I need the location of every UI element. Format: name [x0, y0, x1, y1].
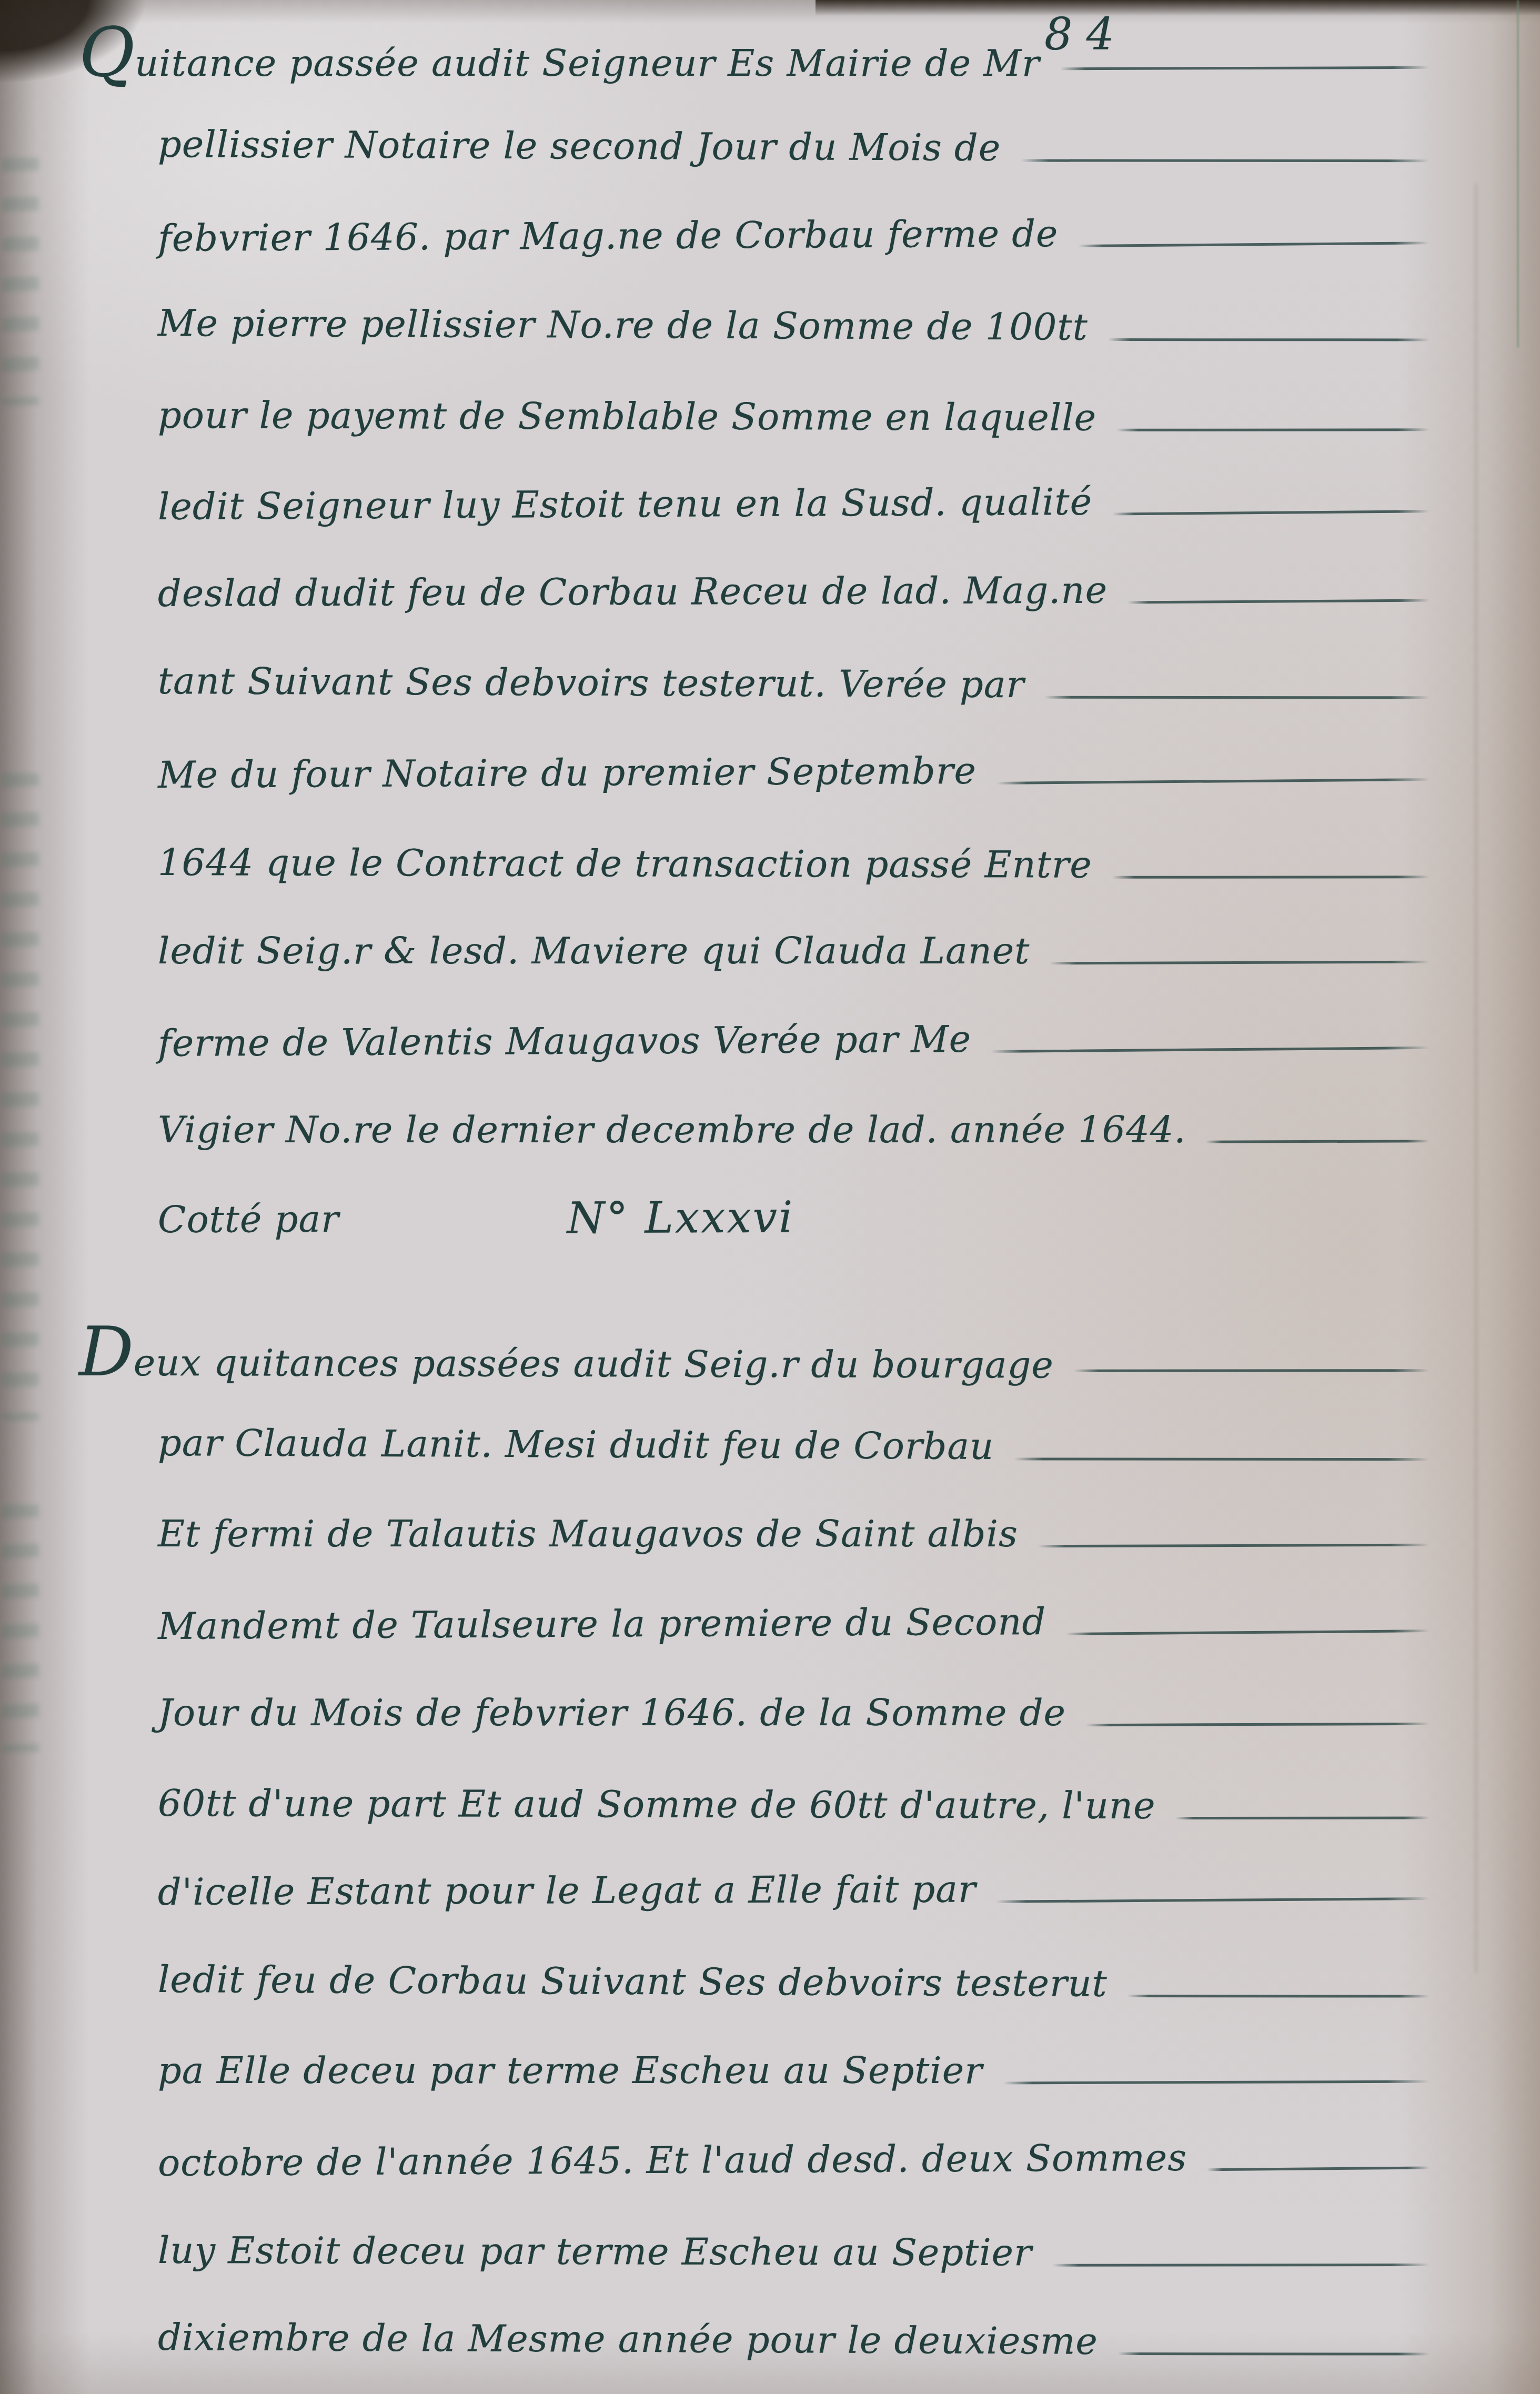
line-filler-dash	[1175, 1816, 1430, 1819]
page-edge-line	[1517, 0, 1519, 347]
line-text: 60tt d'une part Et aud Somme de 60tt d'a…	[158, 1782, 1156, 1827]
manuscript-line: febvrier 1646. par Mag.ne de Corbau ferm…	[79, 187, 1435, 283]
manuscript-line: Me du four Notaire du premier Septembre	[79, 723, 1435, 820]
line-filler-dash	[1112, 510, 1430, 515]
manuscript-line: pour le payemt de Semblable Somme en laq…	[79, 370, 1435, 464]
line-text: Quitance passée audit Seigneur Es Mairie…	[79, 28, 1040, 85]
ink-bleedthrough	[2, 773, 39, 1421]
manuscript-line: par Clauda Lanit. Mesi dudit feu de Corb…	[79, 1397, 1435, 1493]
line-filler-dash	[1050, 960, 1430, 964]
manuscript-line: pa Elle deceu par terme Escheu au Septie…	[79, 2026, 1435, 2115]
line-text: 1644 que le Contract de transaction pass…	[158, 841, 1092, 887]
manuscript-text-block: Quitance passée audit Seigneur Es Mairie…	[79, 12, 1435, 2383]
line-filler-dash	[1206, 1140, 1430, 1143]
line-text: Me du four Notaire du premier Septembre	[158, 749, 977, 797]
line-text: ferme de Valentis Maugavos Verée par Me	[158, 1018, 972, 1065]
manuscript-line: Me pierre pellissier No.re de la Somme d…	[79, 278, 1435, 373]
manuscript-line: dixiembre de la Mesme année pour le deux…	[79, 2292, 1435, 2387]
line-text: tant Suivant Ses debvoirs testerut. Veré…	[158, 659, 1024, 706]
line-text: pellissier Notaire le second Jour du Moi…	[158, 123, 1001, 169]
manuscript-line: ledit feu de Corbau Suivant Ses debvoirs…	[79, 1934, 1435, 2029]
manuscript-line: ledit Seigneur luy Estoit tenu en la Sus…	[79, 455, 1435, 551]
line-filler-dash	[1060, 66, 1430, 69]
line-text: par Clauda Lanit. Mesi dudit feu de Corb…	[158, 1421, 994, 1468]
line-filler-dash	[1079, 242, 1430, 247]
manuscript-line: tant Suivant Ses debvoirs testerut. Veré…	[79, 636, 1435, 731]
line-filler-dash	[1207, 2166, 1430, 2171]
entry-heading-row: Cotté par N° Lxxxvi	[79, 1171, 1435, 1265]
manuscript-line: 1644 que le Contract de transaction pass…	[79, 818, 1435, 911]
line-filler-dash	[1052, 2264, 1430, 2267]
manuscript-line: ferme de Valentis Maugavos Verée par Me	[79, 992, 1435, 1088]
ink-bleedthrough	[2, 1505, 39, 1752]
line-text: pa Elle deceu par terme Escheu au Septie…	[158, 2049, 983, 2092]
line-filler-dash	[1066, 1629, 1430, 1635]
line-filler-dash	[1038, 1543, 1430, 1547]
manuscript-line: Et fermi de Talautis Maugavos de Saint a…	[79, 1489, 1435, 1578]
manuscript-line: ledit Seig.r & lesd. Maviere qui Clauda …	[79, 906, 1435, 995]
line-text: ledit Seigneur luy Estoit tenu en la Sus…	[158, 480, 1092, 528]
line-filler-dash	[1044, 696, 1430, 699]
line-text: ledit Seig.r & lesd. Maviere qui Clauda …	[158, 929, 1030, 972]
manuscript-page: 84 Quitance passée audit Seigneur Es Mai…	[0, 0, 1540, 2394]
paper-crease	[1475, 184, 1477, 1973]
line-filler-dash	[1021, 159, 1430, 162]
line-filler-dash	[1128, 599, 1430, 603]
line-text: deslad dudit feu de Corbau Receu de lad.…	[158, 569, 1108, 615]
line-filler-dash	[1116, 428, 1430, 431]
line-filler-dash	[997, 778, 1430, 784]
entry-number-heading: N° Lxxxvi	[567, 1192, 794, 1243]
line-filler-dash	[1003, 2080, 1430, 2084]
manuscript-line: d'icelle Estant pour le Legat a Elle fai…	[79, 1843, 1435, 1937]
manuscript-line: 60tt d'une part Et aud Somme de 60tt d'a…	[79, 1758, 1435, 1852]
line-text: ledit feu de Corbau Suivant Ses debvoirs…	[158, 1958, 1108, 2005]
line-filler-dash	[1074, 1369, 1430, 1372]
manuscript-line: pellissier Notaire le second Jour du Moi…	[79, 99, 1435, 194]
line-text: pour le payemt de Semblable Somme en laq…	[158, 394, 1096, 439]
line-filler-dash	[1108, 338, 1430, 341]
line-text: Me pierre pellissier No.re de la Somme d…	[158, 301, 1088, 349]
line-filler-dash	[1128, 1995, 1430, 1998]
line-filler-dash	[1118, 2352, 1430, 2356]
line-text: Jour du Mois de febvrier 1646. de la Som…	[158, 1691, 1066, 1734]
line-filler-dash	[1014, 1457, 1430, 1461]
line-filler-dash	[991, 1046, 1430, 1052]
manuscript-line: deslad dudit feu de Corbau Receu de lad.…	[79, 545, 1435, 639]
line-text: Et fermi de Talautis Maugavos de Saint a…	[158, 1512, 1018, 1555]
line-text: febvrier 1646. par Mag.ne de Corbau ferm…	[158, 212, 1059, 260]
line-text: Vigier No.re le dernier decembre de lad.…	[158, 1108, 1186, 1151]
manuscript-line: Quitance passée audit Seigneur Es Mairie…	[79, 12, 1435, 101]
ink-bleedthrough	[2, 158, 39, 405]
manuscript-line: Jour du Mois de febvrier 1646. de la Som…	[79, 1668, 1435, 1757]
manuscript-line: Deux quitances passées audit Seig.r du b…	[79, 1311, 1435, 1404]
line-filler-dash	[997, 1897, 1430, 1903]
line-text: Deux quitances passées audit Seig.r du b…	[79, 1327, 1054, 1387]
line-text: octobre de l'année 1645. Et l'aud desd. …	[158, 2136, 1187, 2185]
manuscript-line: Vigier No.re le dernier decembre de lad.…	[79, 1085, 1435, 1174]
line-filler-dash	[1112, 876, 1430, 879]
manuscript-photo: { "page": { "number": "84", "ink_color":…	[0, 0, 1540, 2394]
manuscript-line: octobre de l'année 1645. Et l'aud desd. …	[79, 2111, 1435, 2208]
manuscript-line: luy Estoit deceu par terme Escheu au Sep…	[79, 2206, 1435, 2299]
line-filler-dash	[1086, 1722, 1430, 1726]
manuscript-line: Mandemt de Taulseure la premiere du Seco…	[79, 1575, 1435, 1671]
line-text: luy Estoit deceu par terme Escheu au Sep…	[158, 2229, 1032, 2274]
line-text: dixiembre de la Mesme année pour le deux…	[158, 2316, 1098, 2363]
cotte-par-label: Cotté par	[158, 1198, 339, 1241]
line-text: Mandemt de Taulseure la premiere du Seco…	[158, 1600, 1046, 1648]
line-text: d'icelle Estant pour le Legat a Elle fai…	[158, 1868, 977, 1914]
